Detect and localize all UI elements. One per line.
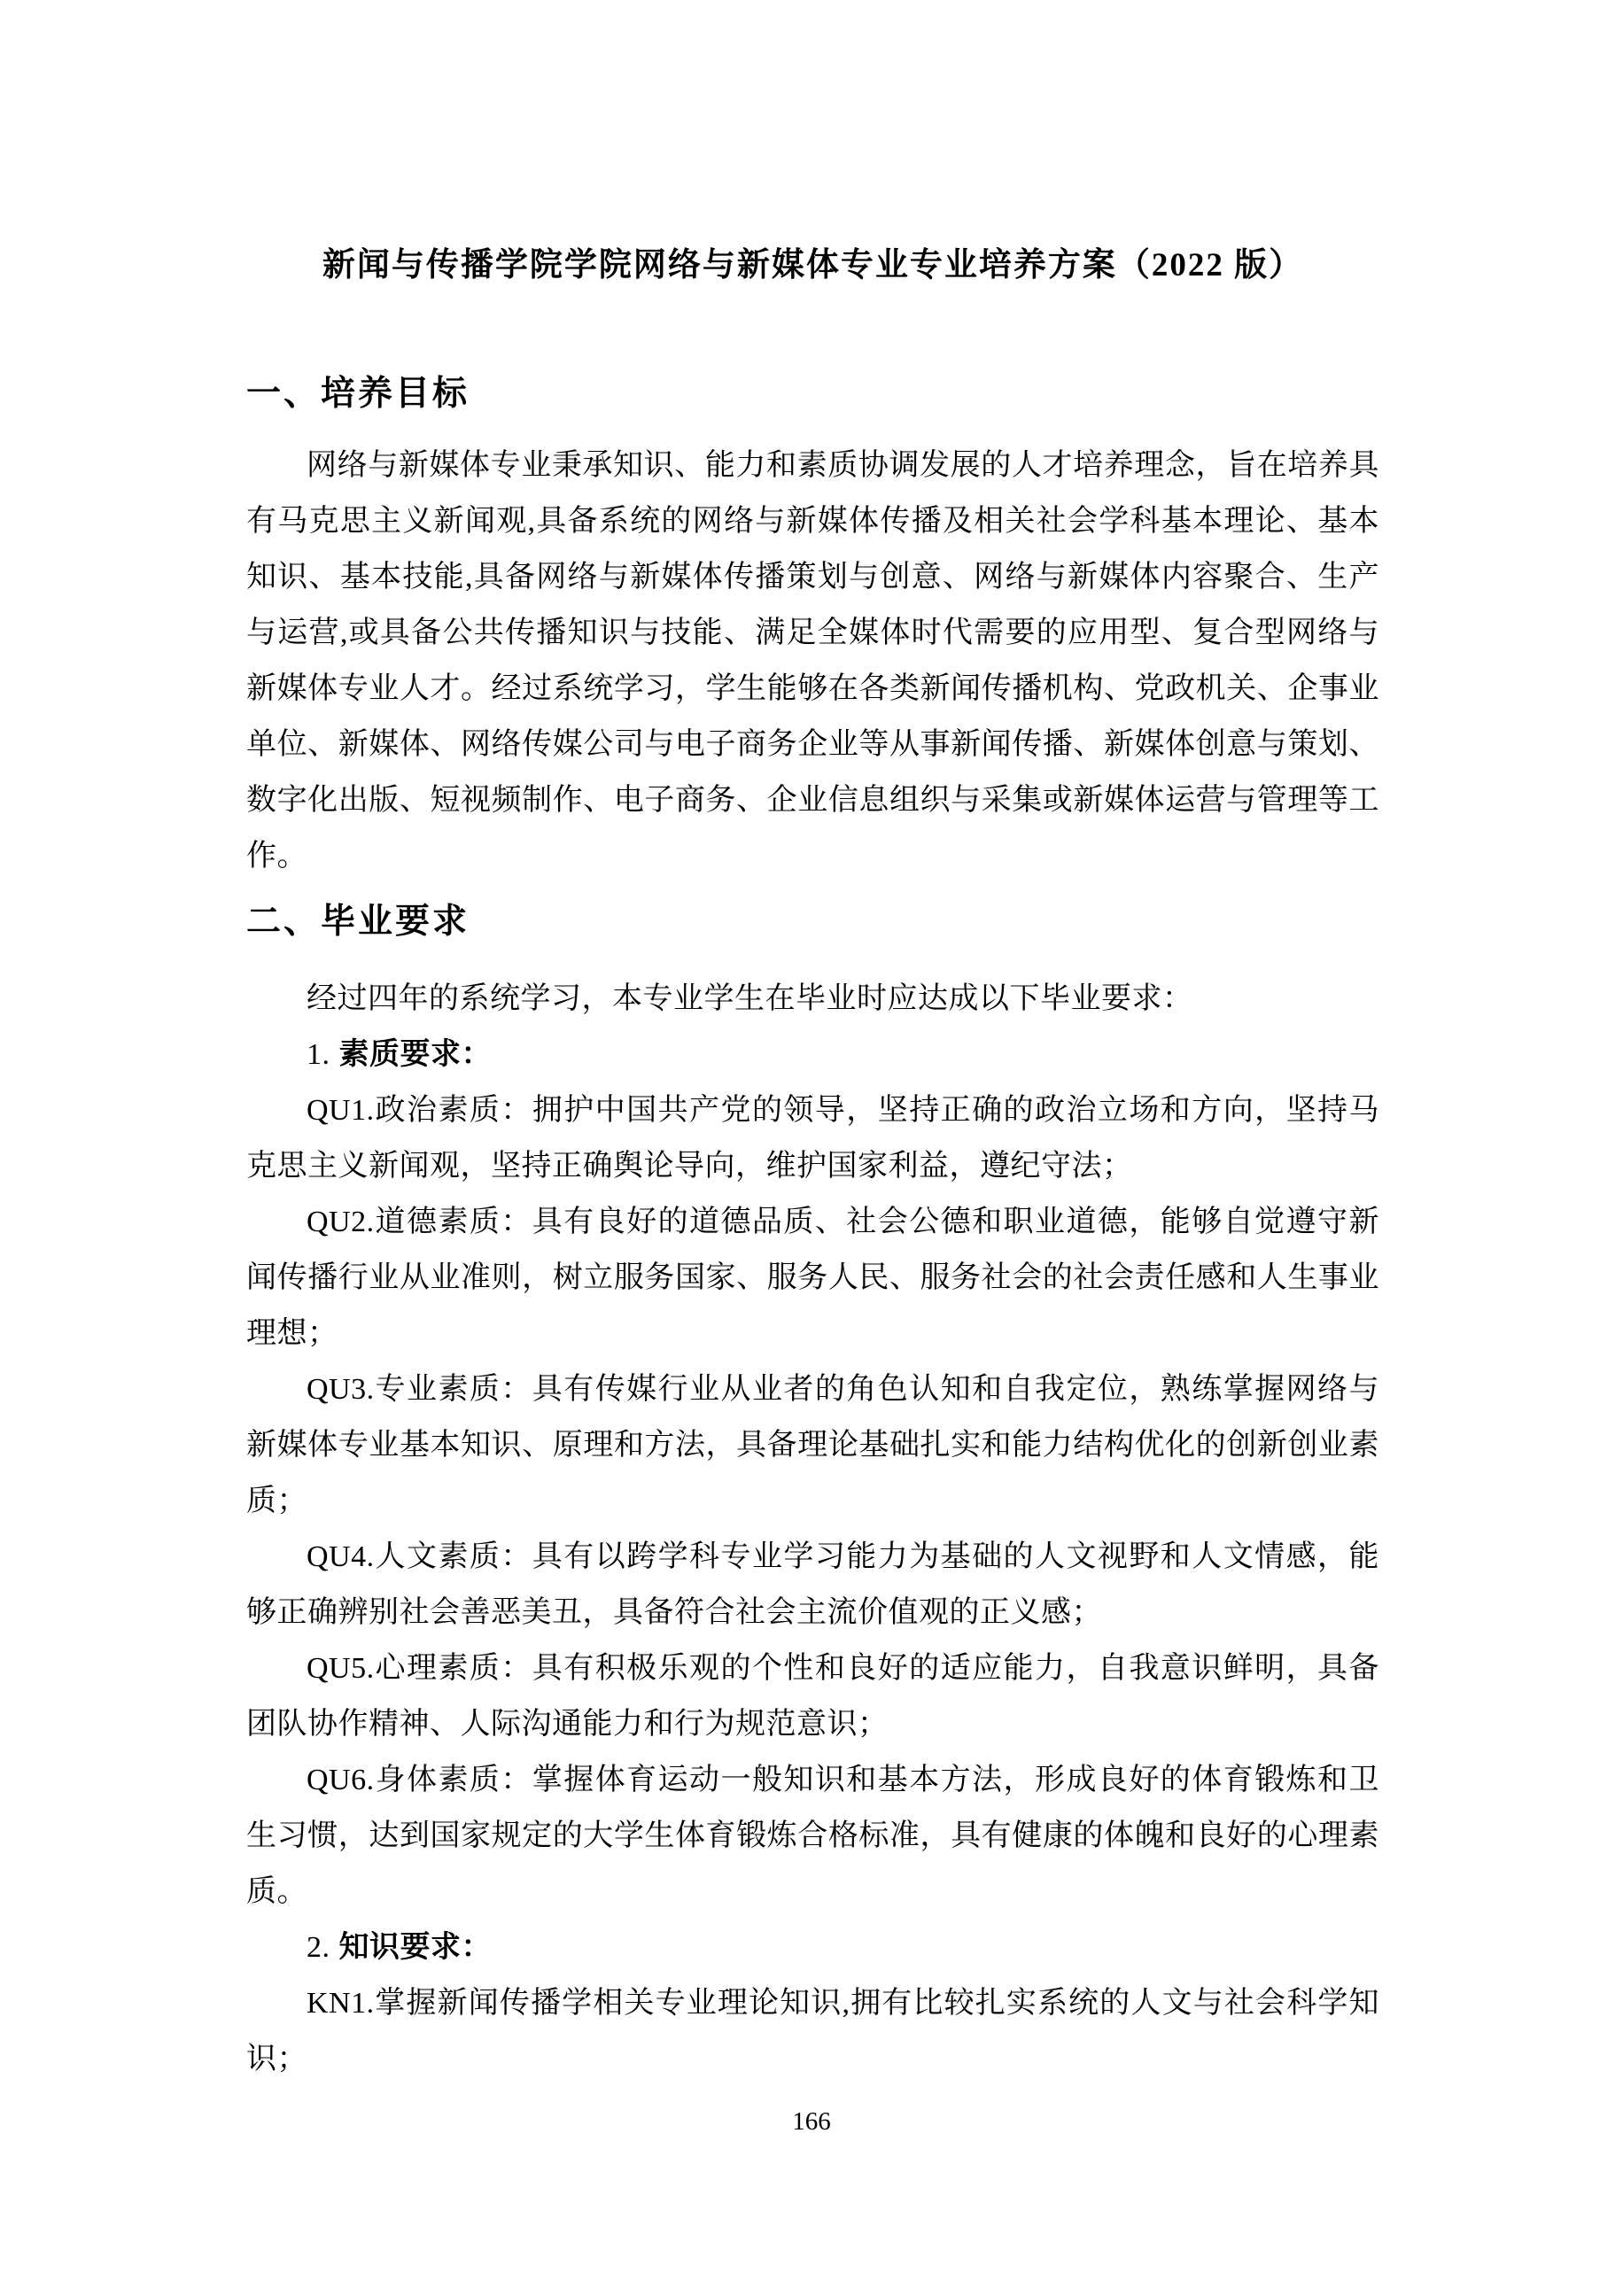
quality-requirements-subheading: 1.素质要求： (246, 1027, 1379, 1082)
section-2-intro: 经过四年的系统学习，本专业学生在毕业时应达成以下毕业要求： (246, 971, 1379, 1027)
knowledge-requirements-number: 2. (307, 1931, 330, 1964)
quality-requirements-label: 素质要求： (339, 1038, 493, 1071)
knowledge-item-kn1: KN1.掌握新闻传播学相关专业理论知识,拥有比较扎实系统的人文与社会科学知识； (246, 1975, 1379, 2087)
section-1-heading: 一、培养目标 (246, 376, 1379, 413)
document-title: 新闻与传播学院学院网络与新媒体专业专业培养方案（2022 版） (246, 0, 1379, 283)
page-number: 166 (0, 2106, 1623, 2137)
knowledge-requirements-label: 知识要求： (339, 1931, 493, 1964)
quality-requirements-number: 1. (307, 1038, 330, 1071)
quality-item-qu5: QU5.心理素质：具有积极乐观的个性和良好的适应能力，自我意识鲜明，具备团队协作… (246, 1641, 1379, 1752)
quality-item-qu1: QU1.政治素质：拥护中国共产党的领导，坚持正确的政治立场和方向，坚持马克思主义… (246, 1082, 1379, 1194)
quality-item-qu2: QU2.道德素质：具有良好的道德品质、社会公德和职业道德，能够自觉遵守新闻传播行… (246, 1194, 1379, 1361)
document-page: 新闻与传播学院学院网络与新媒体专业专业培养方案（2022 版） 一、培养目标 网… (0, 0, 1623, 2296)
quality-item-qu6: QU6.身体素质：掌握体育运动一般知识和基本方法，形成良好的体育锻炼和卫生习惯，… (246, 1752, 1379, 1920)
section-1-paragraph: 网络与新媒体专业秉承知识、能力和素质协调发展的人才培养理念，旨在培养具有马克思主… (246, 438, 1379, 884)
knowledge-requirements-subheading: 2.知识要求： (246, 1920, 1379, 1975)
document-content: 新闻与传播学院学院网络与新媒体专业专业培养方案（2022 版） 一、培养目标 网… (0, 0, 1623, 2087)
quality-item-qu4: QU4.人文素质：具有以跨学科专业学习能力为基础的人文视野和人文情感，能够正确辨… (246, 1529, 1379, 1641)
quality-item-qu3: QU3.专业素质：具有传媒行业从业者的角色认知和自我定位，熟练掌握网络与新媒体专… (246, 1361, 1379, 1529)
section-2-heading: 二、毕业要求 (246, 904, 1379, 941)
